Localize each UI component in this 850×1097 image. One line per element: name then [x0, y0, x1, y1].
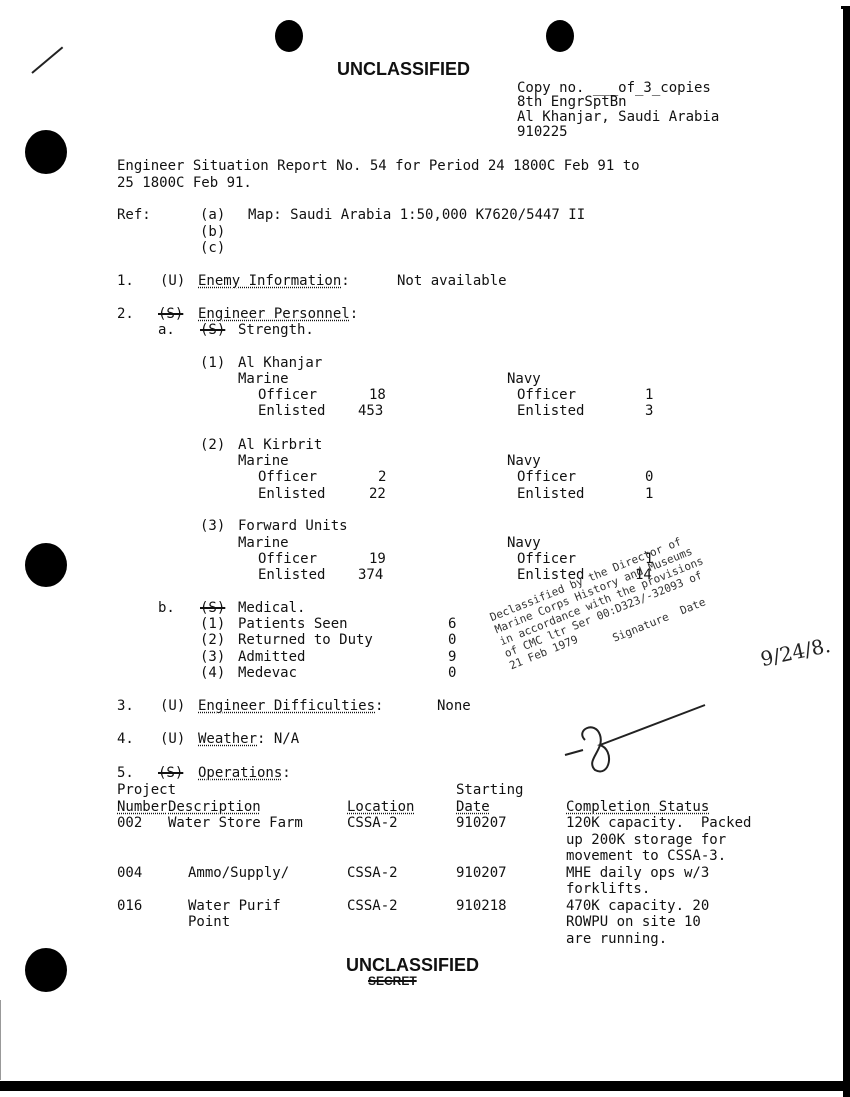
unit-2-navy-label: Navy [507, 453, 541, 470]
unit-1-marine-officer-value: 18 [369, 387, 386, 404]
section-4-mark: (U) [160, 731, 185, 748]
section-3-mark: (U) [160, 698, 185, 715]
section-1-num: 1. [117, 273, 134, 290]
unit-1-key: (1) [200, 355, 225, 372]
operations-table: Project Starting Number Description Loca… [117, 782, 751, 947]
table-row: 002 Water Store Farm CSSA-2 910207 120K … [117, 815, 751, 865]
section-1-title-text: Enemy Information [198, 273, 341, 289]
unit-3-marine-officer-value: 19 [369, 551, 386, 568]
unit-3-marine-label: Marine [238, 535, 289, 552]
ops-header-number: Number [117, 799, 168, 816]
ops-header-spacer-1 [347, 782, 456, 799]
medical-2-value: 0 [448, 632, 456, 649]
section-2-num: 2. [117, 306, 134, 323]
ops-row-1-status: 120K capacity. Packed up 200K storage fo… [566, 815, 751, 865]
section-4-num: 4. [117, 731, 134, 748]
report-date: 910225 [517, 124, 568, 141]
unit-3-marine-enlisted-value: 374 [358, 567, 383, 584]
unit-2-marine-label: Marine [238, 453, 289, 470]
unit-2-navy-officer-value: 0 [645, 469, 653, 486]
section-2b-key: b. [158, 600, 175, 617]
ops-header-location: Location [347, 799, 456, 816]
hole-punch-top-right [546, 20, 574, 52]
report-title-line1: Engineer Situation Report No. 54 for Per… [117, 158, 640, 175]
section-1-value: Not available [397, 273, 507, 290]
section-3-value: None [437, 698, 471, 715]
classification-bottom: UNCLASSIFIED [346, 955, 479, 976]
ops-row-3-description: Water Purif Point [168, 898, 347, 948]
ops-row-2-status: MHE daily ops w/3 forklifts. [566, 865, 751, 898]
unit-1-marine-officer-label: Officer [258, 387, 317, 404]
ops-header-spacer-2 [566, 782, 751, 799]
medical-2-key: (2) [200, 632, 225, 649]
section-5-mark: (S) [158, 765, 183, 782]
hole-punch-left-1 [25, 130, 67, 174]
ops-header-description: Description [168, 799, 347, 816]
section-5-title-text: Operations [198, 765, 282, 781]
ops-row-3-date: 910218 [456, 898, 566, 948]
table-row: 016 Water Purif Point CSSA-2 910218 470K… [117, 898, 751, 948]
medical-4-value: 0 [448, 665, 456, 682]
ops-header-starting: Starting [456, 782, 566, 799]
medical-3-key: (3) [200, 649, 225, 666]
table-row: 004 Ammo/Supply/ CSSA-2 910207 MHE daily… [117, 865, 751, 898]
unit-3-name: Forward Units [238, 518, 348, 535]
ops-header-date: Date [456, 799, 566, 816]
unit-3-navy-officer-label: Officer [517, 551, 576, 568]
section-5-num: 5. [117, 765, 134, 782]
ref-label: Ref: [117, 207, 151, 224]
section-2a-key: a. [158, 322, 175, 339]
ref-a-key: (a) [200, 207, 225, 224]
ops-row-3-status: 470K capacity. 20 ROWPU on site 10 are r… [566, 898, 751, 948]
unit-2-marine-enlisted-label: Enlisted [258, 486, 325, 503]
unit-3-key: (3) [200, 518, 225, 535]
ops-row-1-description: Water Store Farm [168, 815, 347, 865]
medical-4-label: Medevac [238, 665, 297, 682]
pen-mark [31, 47, 63, 74]
page-edge-bottom [0, 1081, 850, 1091]
classification-top: UNCLASSIFIED [337, 59, 470, 80]
ops-header-status: Completion Status [566, 799, 751, 816]
section-2b-title: Medical. [238, 600, 305, 617]
unit-2-marine-officer-value: 2 [378, 469, 386, 486]
unit-1-navy-enlisted-value: 3 [645, 403, 653, 420]
medical-3-value: 9 [448, 649, 456, 666]
ops-header-row-1: Project Starting [117, 782, 751, 799]
section-2-title: Engineer Personnel: [198, 306, 358, 323]
section-5-title: Operations: [198, 765, 291, 782]
unit-2-navy-enlisted-label: Enlisted [517, 486, 584, 503]
ops-row-1-date: 910207 [456, 815, 566, 865]
unit-2-marine-enlisted-value: 22 [369, 486, 386, 503]
medical-3-label: Admitted [238, 649, 305, 666]
ref-c-key: (c) [200, 240, 225, 257]
section-2b-mark: (S) [200, 600, 225, 617]
ops-row-1-location: CSSA-2 [347, 815, 456, 865]
unit-2-name: Al Kirbrit [238, 437, 322, 454]
signature-icon [555, 700, 715, 780]
medical-1-value: 6 [448, 616, 456, 633]
unit-1-marine-enlisted-label: Enlisted [258, 403, 325, 420]
ops-row-1-number: 002 [117, 815, 168, 865]
hole-punch-left-3 [25, 948, 67, 992]
section-2a-title: Strength. [238, 322, 314, 339]
ref-a-text: Map: Saudi Arabia 1:50,000 K7620/5447 II [248, 207, 585, 224]
ops-row-3-number: 016 [117, 898, 168, 948]
page-edge-right [843, 6, 850, 1097]
ops-row-2-description: Ammo/Supply/ [168, 865, 347, 898]
medical-2-label: Returned to Duty [238, 632, 373, 649]
unit-1-navy-enlisted-label: Enlisted [517, 403, 584, 420]
unit-3-marine-officer-label: Officer [258, 551, 317, 568]
section-4-title-text: Weather [198, 731, 257, 747]
section-3-title-text: Engineer Difficulties [198, 698, 375, 714]
page-edge-cap [841, 6, 850, 9]
medical-1-key: (1) [200, 616, 225, 633]
section-2-mark: (S) [158, 306, 183, 323]
page-edge-left [0, 1000, 1, 1080]
ops-row-2-number: 004 [117, 865, 168, 898]
unit-2-navy-enlisted-value: 1 [645, 486, 653, 503]
section-2-title-text: Engineer Personnel [198, 306, 350, 322]
section-1-title: Enemy Information: [198, 273, 350, 290]
ops-header-project: Project [117, 782, 347, 799]
hole-punch-left-2 [25, 543, 67, 587]
unit-1-navy-officer-label: Officer [517, 387, 576, 404]
ops-row-2-location: CSSA-2 [347, 865, 456, 898]
unit-2-navy-officer-label: Officer [517, 469, 576, 486]
section-4-title: Weather: N/A [198, 731, 299, 748]
ref-b-key: (b) [200, 224, 225, 241]
section-3-num: 3. [117, 698, 134, 715]
signed-date: 9/24/8. [758, 633, 832, 671]
report-title-line2: 25 1800C Feb 91. [117, 175, 252, 192]
section-1-mark: (U) [160, 273, 185, 290]
medical-4-key: (4) [200, 665, 225, 682]
unit-1-navy-officer-value: 1 [645, 387, 653, 404]
medical-1-label: Patients Seen [238, 616, 348, 633]
unit-2-key: (2) [200, 437, 225, 454]
section-2a-mark: (S) [200, 322, 225, 339]
unit-2-marine-officer-label: Officer [258, 469, 317, 486]
unit-3-navy-label: Navy [507, 535, 541, 552]
ops-header-row-2: Number Description Location Date Complet… [117, 799, 751, 816]
unit-1-name: Al Khanjar [238, 355, 322, 372]
classification-bottom-struck: SECRET [368, 974, 417, 988]
unit-3-marine-enlisted-label: Enlisted [258, 567, 325, 584]
unit-1-marine-label: Marine [238, 371, 289, 388]
unit-1-marine-enlisted-value: 453 [358, 403, 383, 420]
hole-punch-top-left [275, 20, 303, 52]
section-4-value: N/A [274, 731, 299, 747]
unit-1-navy-label: Navy [507, 371, 541, 388]
ops-row-2-date: 910207 [456, 865, 566, 898]
ops-row-3-location: CSSA-2 [347, 898, 456, 948]
section-3-title: Engineer Difficulties: [198, 698, 383, 715]
